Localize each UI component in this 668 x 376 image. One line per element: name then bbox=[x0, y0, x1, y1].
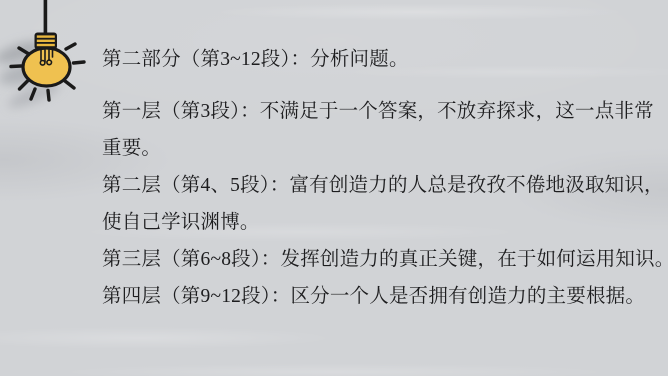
paragraph-section-2: 第二部分（第3~12段）：分析问题。 bbox=[102, 41, 668, 78]
paragraph-layer-2: 第二层（第4、5段）：富有创造力的人总是孜孜不倦地汲取知识， 使自己学识渊博。 bbox=[102, 167, 668, 241]
hanging-lightbulb-icon bbox=[0, 0, 108, 110]
slide-text: 第二部分（第3~12段）：分析问题。 第一层（第3段）：不满足于一个答案，不放弃… bbox=[102, 41, 668, 315]
paragraph-layer-1: 第一层（第3段）：不满足于一个答案，不放弃探求，这一点非常 重要。 bbox=[102, 93, 668, 167]
text-line: 第一层（第3段）：不满足于一个答案，不放弃探求，这一点非常 bbox=[102, 93, 668, 130]
text-line: 第二部分（第3~12段）：分析问题。 bbox=[102, 41, 668, 78]
text-line: 重要。 bbox=[102, 130, 668, 167]
text-line: 第三层（第6~8段）：发挥创造力的真正关键，在于如何运用知识。 bbox=[102, 241, 668, 278]
paragraph-layer-4: 第四层（第9~12段）：区分一个人是否拥有创造力的主要根据。 bbox=[102, 278, 668, 315]
text-line: 使自己学识渊博。 bbox=[102, 204, 668, 241]
bulb-glass bbox=[23, 48, 70, 86]
text-line: 第四层（第9~12段）：区分一个人是否拥有创造力的主要根据。 bbox=[102, 278, 668, 315]
presentation-slide: 第二部分（第3~12段）：分析问题。 第一层（第3段）：不满足于一个答案，不放弃… bbox=[0, 0, 668, 376]
paragraph-layer-3: 第三层（第6~8段）：发挥创造力的真正关键，在于如何运用知识。 bbox=[102, 241, 668, 278]
bulb-cord bbox=[44, 0, 48, 35]
text-line: 第二层（第4、5段）：富有创造力的人总是孜孜不倦地汲取知识， bbox=[102, 167, 668, 204]
bulb-cap bbox=[35, 33, 58, 50]
